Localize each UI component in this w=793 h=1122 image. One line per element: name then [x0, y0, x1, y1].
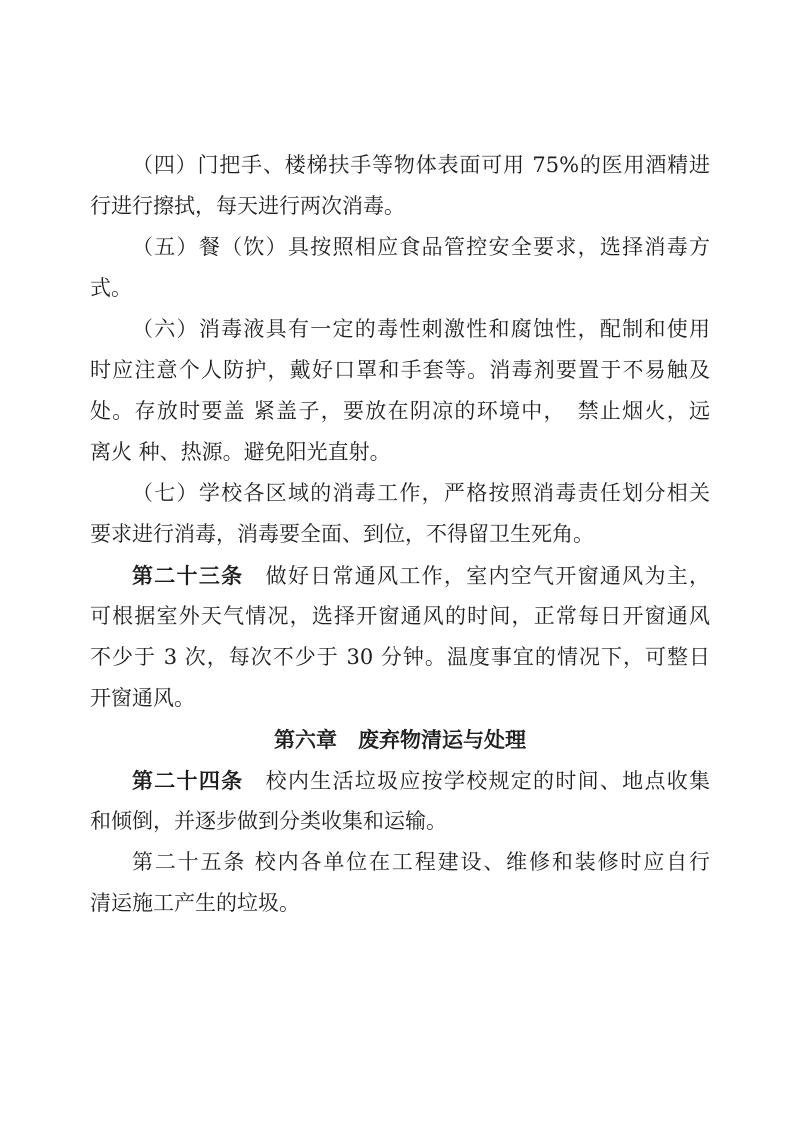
paragraph: （五）餐（饮）具按照相应食品管控安全要求，选择消毒方式。: [90, 227, 710, 309]
text-line: 第二十四条 校内生活垃圾应按学校规定的时间、地点收集: [90, 760, 710, 801]
text-line: 第六章 废弃物清运与处理: [90, 719, 710, 760]
text-run: （六）消毒液具有一定的毒性刺激性和腐蚀性，配制和使用: [132, 317, 710, 341]
paragraph: 第二十四条 校内生活垃圾应按学校规定的时间、地点收集和倾倒，并逐步做到分类收集和…: [90, 760, 710, 842]
paragraph: （六）消毒液具有一定的毒性刺激性和腐蚀性，配制和使用时应注意个人防护，戴好口罩和…: [90, 309, 710, 473]
text-run: 清运施工产生的垃圾。: [90, 891, 300, 915]
text-run: 时应注意个人防护，戴好口罩和手套等。消毒剂要置于不易触及: [90, 358, 710, 382]
text-line: （四）门把手、楼梯扶手等物体表面可用 75%的医用酒精进: [90, 145, 710, 186]
paragraph: 第二十三条 做好日常通风工作，室内空气开窗通风为主，可根据室外天气情况，选择开窗…: [90, 555, 710, 719]
text-run: 要求进行消毒，消毒要全面、到位，不得留卫生死角。: [90, 522, 594, 546]
text-run: 开窗通风。: [90, 686, 195, 710]
text-line: 式。: [90, 268, 710, 309]
paragraph: （七）学校各区域的消毒工作，严格按照消毒责任划分相关要求进行消毒，消毒要全面、到…: [90, 473, 710, 555]
text-run: （四）门把手、楼梯扶手等物体表面可用 75%的医用酒精进: [132, 153, 710, 177]
text-line: 第二十三条 做好日常通风工作，室内空气开窗通风为主，: [90, 555, 710, 596]
text-run: 行进行擦拭，每天进行两次消毒。: [90, 194, 405, 218]
text-run: 不少于 3 次，每次不少于 30 分钟。温度事宜的情况下，可整日: [90, 645, 710, 669]
paragraph: （四）门把手、楼梯扶手等物体表面可用 75%的医用酒精进行进行擦拭，每天进行两次…: [90, 145, 710, 227]
text-line: （七）学校各区域的消毒工作，严格按照消毒责任划分相关: [90, 473, 710, 514]
text-line: 离火 种、热源。避免阳光直射。: [90, 432, 710, 473]
text-run: 第二十五条 校内各单位在工程建设、维修和装修时应自行: [132, 850, 710, 874]
text-run: （七）学校各区域的消毒工作，严格按照消毒责任划分相关: [132, 481, 710, 505]
text-line: 行进行擦拭，每天进行两次消毒。: [90, 186, 710, 227]
text-run: （五）餐（饮）具按照相应食品管控安全要求，选择消毒方: [132, 235, 710, 259]
text-line: 可根据室外天气情况，选择开窗通风的时间，正常每日开窗通风: [90, 596, 710, 637]
document-page: （四）门把手、楼梯扶手等物体表面可用 75%的医用酒精进行进行擦拭，每天进行两次…: [0, 0, 793, 1122]
bold-run: 第二十三条: [132, 563, 243, 588]
bold-run: 第二十四条: [132, 768, 243, 793]
text-run: 和倾倒，并逐步做到分类收集和运输。: [90, 809, 447, 833]
bold-run: 第六章 废弃物清运与处理: [274, 727, 526, 752]
text-line: 开窗通风。: [90, 678, 710, 719]
paragraph: 第二十五条 校内各单位在工程建设、维修和装修时应自行清运施工产生的垃圾。: [90, 842, 710, 924]
text-line: 第二十五条 校内各单位在工程建设、维修和装修时应自行: [90, 842, 710, 883]
text-run: 处。存放时要盖 紧盖子，要放在阴凉的环境中， 禁止烟火，远: [90, 399, 710, 423]
text-line: （六）消毒液具有一定的毒性刺激性和腐蚀性，配制和使用: [90, 309, 710, 350]
text-line: 处。存放时要盖 紧盖子，要放在阴凉的环境中， 禁止烟火，远: [90, 391, 710, 432]
chapter-heading: 第六章 废弃物清运与处理: [90, 719, 710, 760]
text-run: 离火 种、热源。避免阳光直射。: [90, 440, 391, 464]
text-line: 要求进行消毒，消毒要全面、到位，不得留卫生死角。: [90, 514, 710, 555]
text-run: 校内生活垃圾应按学校规定的时间、地点收集: [243, 769, 710, 793]
text-run: 可根据室外天气情况，选择开窗通风的时间，正常每日开窗通风: [90, 604, 710, 628]
text-run: 做好日常通风工作，室内空气开窗通风为主，: [243, 564, 710, 588]
text-line: 不少于 3 次，每次不少于 30 分钟。温度事宜的情况下，可整日: [90, 637, 710, 678]
text-line: 时应注意个人防护，戴好口罩和手套等。消毒剂要置于不易触及: [90, 350, 710, 391]
text-run: 式。: [90, 276, 132, 300]
text-line: 清运施工产生的垃圾。: [90, 883, 710, 924]
text-line: 和倾倒，并逐步做到分类收集和运输。: [90, 801, 710, 842]
text-line: （五）餐（饮）具按照相应食品管控安全要求，选择消毒方: [90, 227, 710, 268]
